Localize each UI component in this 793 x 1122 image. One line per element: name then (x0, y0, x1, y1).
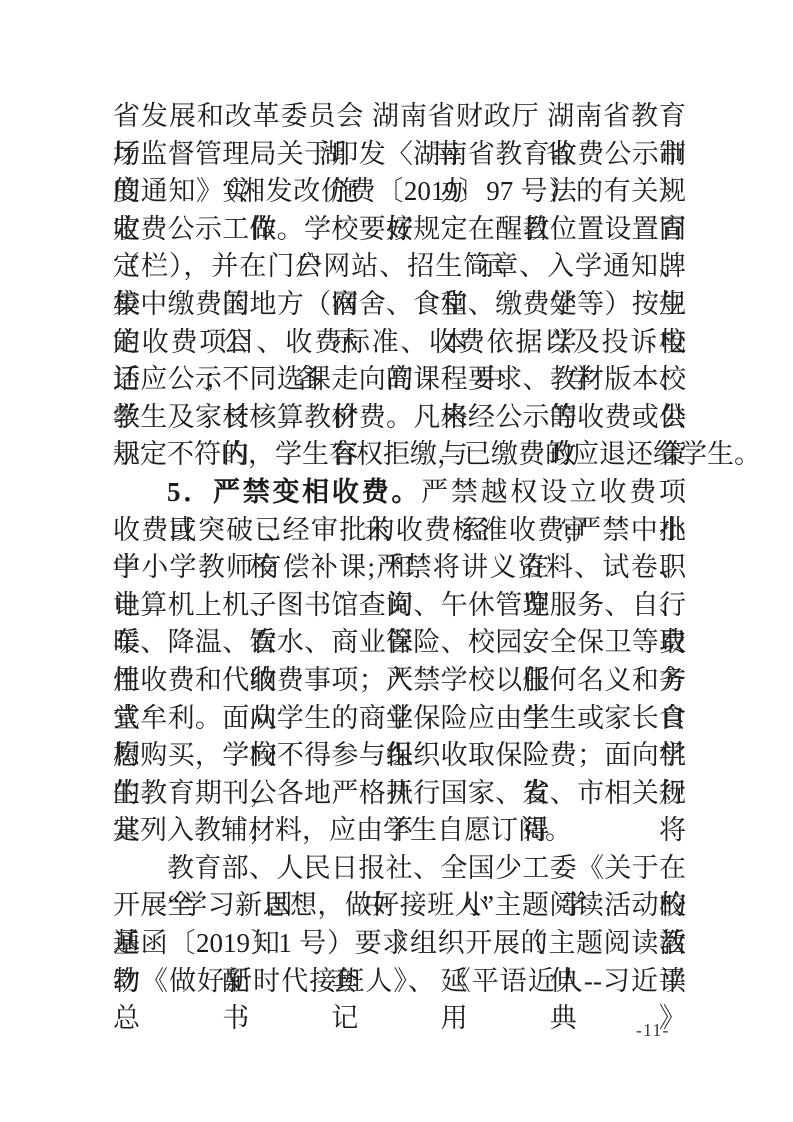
document-page: 省发展和改革委员会 湖南省财政厅 湖南省教育厅 湖南省市场监督管理局关于印发〈湖… (0, 0, 793, 1122)
text-line: 开展“学习新思想，做好接班人”主题阅读活动的通知》（教 (113, 887, 686, 925)
text-line: 教育部、人民日报社、全国少工委《关于在全国中小学校 (113, 850, 686, 888)
text-line: 中小学教师有偿补课;严禁将讲义资料、试卷、电子阅览、 (113, 549, 686, 587)
document-body: 省发展和改革委员会 湖南省财政厅 湖南省教育厅 湖南省市场监督管理局关于印发〈湖… (113, 98, 686, 1000)
text-line: 省发展和改革委员会 湖南省财政厅 湖南省教育厅 湖南省市 (113, 98, 686, 136)
text-line: 收费或突破已经审批的收费标准收费;严禁中小学校和在职 (113, 512, 686, 550)
text-line: 还应公示不同选课走向的课程要求、教材版本、教材价格等供 (113, 361, 686, 399)
text-line: 收费公示工作。学校要按规定在醒目位置设置固定公示牌 (113, 211, 686, 249)
text-line: 构购买，学校不得参与组织收取保险费；面向学生公开发行 (113, 737, 686, 775)
text-line: 堂牟利。面向学生的商业保险应由学生或家长自愿向保险机 (113, 700, 686, 738)
bold-heading: 5．严禁变相收费。 (167, 477, 421, 507)
text-line: 暖、降温、饮水、商业保险、校园安全保卫等费用纳入服务 (113, 624, 686, 662)
text-line: 物《做好新时代接班人》、 《平语近人--习近平总书记用典》 (113, 963, 686, 1001)
text-line: 的收费项目、收费标准、收费依据以及投诉电话；各高中学校 (113, 324, 686, 362)
text-line: 学生及家长核算教材费。凡未经公示的收费或公示内容与政策 (113, 399, 686, 437)
text-line: 5．严禁变相收费。严禁越权设立收费项目、未经审批 (113, 474, 686, 512)
line-text: 规定不符的，学生有权拒缴，已缴费的应退还给学生。 (113, 439, 761, 469)
text-line: 计算机上机、图书馆查询、午休管理服务、自行车看管、取 (113, 587, 686, 625)
text-line: 基函〔2019〕1 号）要求组织开展的主题阅读活动配套延伸读 (113, 925, 686, 963)
text-line: 的通知》（湘发改价费〔2019〕97 号）的有关规定做好教育 (113, 173, 686, 211)
text-line: 场监督管理局关于印发〈湖南省教育收费公示制度实施办法〉 (113, 136, 686, 174)
line-text: 物《做好新时代接班人》、 《平语近人--习近平总书记用典》 (113, 966, 686, 1034)
page-number: -11- (636, 1018, 669, 1042)
text-line: 的教育期刊，各地严格执行国家、省、市相关规定，不得将 (113, 775, 686, 813)
text-line: （栏），并在门户网站、招生简章、入学通知、校园网和学生 (113, 248, 686, 286)
text-line: 性收费和代收费事项；严禁学校以任何名义和方式从学生食 (113, 662, 686, 700)
text-line: 集中缴费的地方（宿舍、食堂、缴费处等）按规定公示本学校 (113, 286, 686, 324)
text-line: 规定不符的，学生有权拒缴，已缴费的应退还给学生。 (113, 436, 686, 474)
line-text: 其列入教辅材料，应由学生自愿订阅。 (113, 815, 572, 845)
